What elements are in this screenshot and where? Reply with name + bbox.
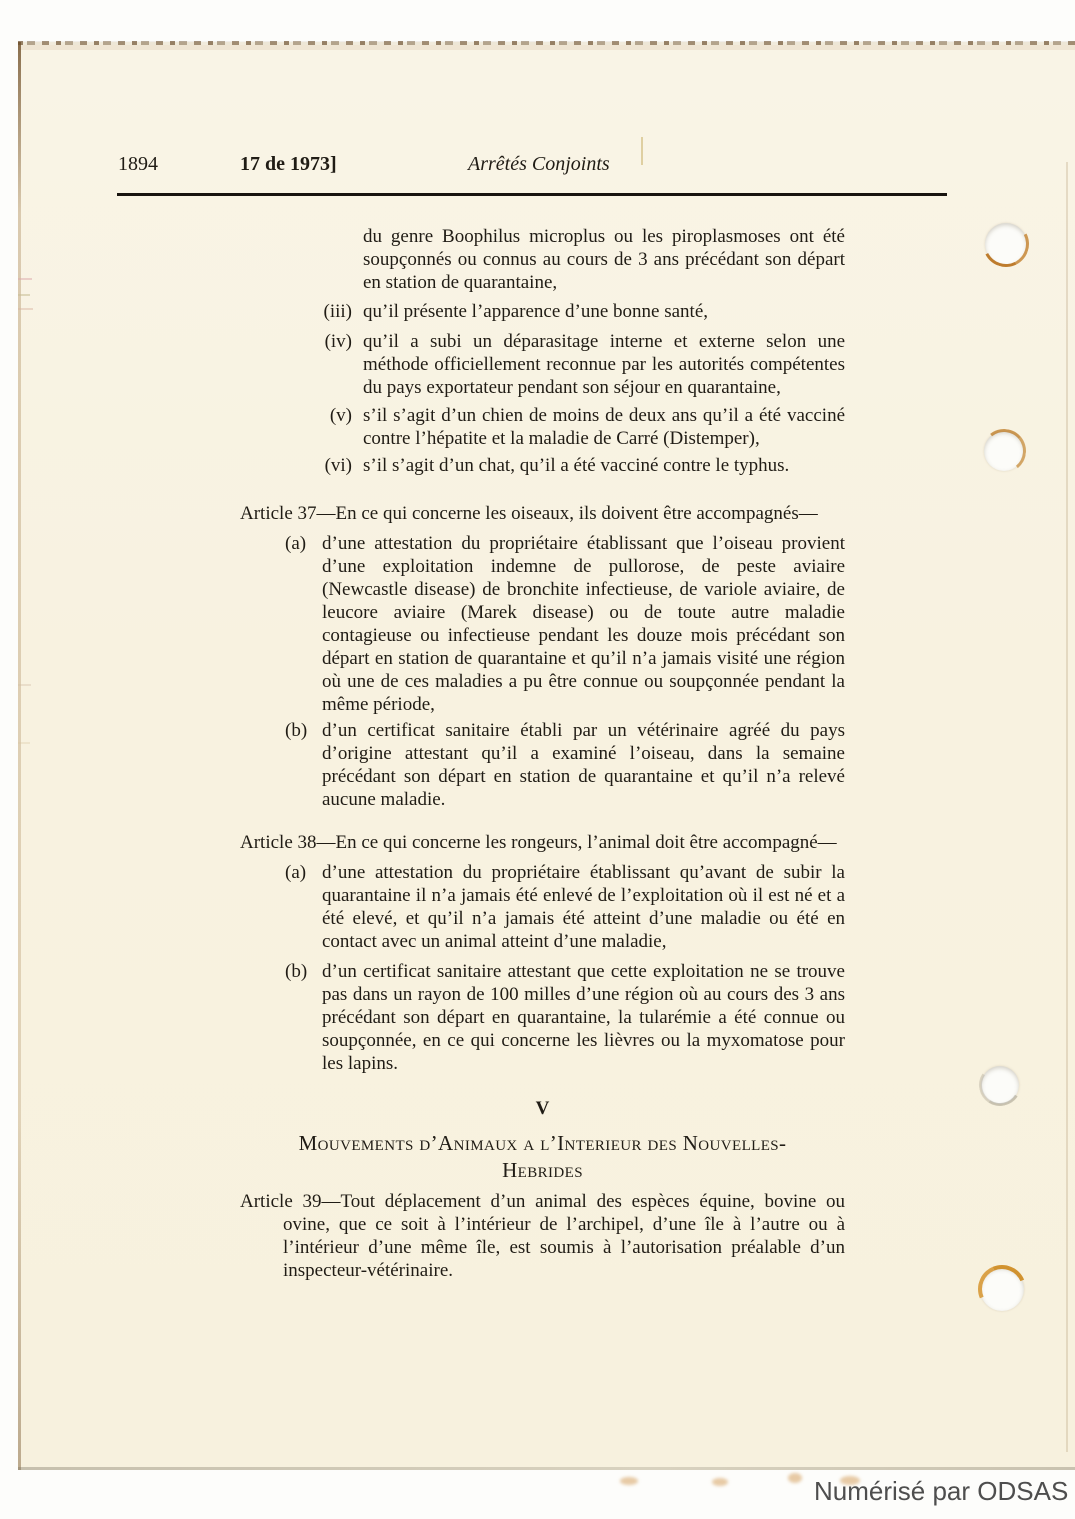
scan-artifact-line <box>18 294 30 296</box>
list-item-label: (b) <box>285 960 307 983</box>
list-item-text: s’il s’agit d’un chien de moins de deux … <box>363 405 845 449</box>
scanned-document: 1894 17 de 1973] Arrêtés Conjoints du ge… <box>0 0 1075 1519</box>
header-rule <box>117 193 947 196</box>
rust-stain <box>620 1477 638 1485</box>
digitization-watermark: Numérisé par ODSAS <box>814 1476 1068 1507</box>
continuation-paragraph: du genre Boophilus microplus ou les piro… <box>363 225 845 294</box>
scan-artifact-line <box>18 308 33 310</box>
list-item-label: (iii) <box>18 300 352 323</box>
list-item-label: (iv) <box>18 330 352 353</box>
list-item-text: qu’il a subi un déparasitage interne et … <box>363 331 845 398</box>
list-item-label: (a) <box>285 532 306 555</box>
page-bottom-edge <box>18 1467 1075 1470</box>
page-right-edge <box>1066 162 1068 1452</box>
section-heading: Mouvements d’Animaux a l’Interieur des N… <box>240 1130 845 1184</box>
list-item-text: s’il s’agit d’un chat, qu’il a été vacci… <box>363 455 789 476</box>
punch-hole-4 <box>980 1267 1024 1311</box>
article-38-item-b: (b) d’un certificat sanitaire attestant … <box>18 960 845 1075</box>
page-top-edge-tint <box>18 45 1075 50</box>
list-item-label: (vi) <box>18 454 352 477</box>
section-heading-line-2: Hebrides <box>502 1158 583 1182</box>
scan-artifact-line <box>18 684 31 686</box>
rust-stain <box>788 1473 802 1483</box>
list-item-v: (v) s’il s’agit d’un chien de moins de d… <box>18 404 845 450</box>
page-number: 1894 <box>118 152 158 176</box>
scan-artifact-line <box>18 742 30 744</box>
issue-reference: 17 de 1973] <box>240 152 337 176</box>
section-numeral: V <box>240 1097 845 1120</box>
section-heading-line-1: Mouvements d’Animaux a l’Interieur des N… <box>299 1131 787 1155</box>
article-37-item-a: (a) d’une attestation du propriétaire ét… <box>18 532 845 716</box>
list-item-label: (v) <box>18 404 352 427</box>
document-page: 1894 17 de 1973] Arrêtés Conjoints du ge… <box>18 42 1075 1470</box>
article-37-paragraph: Article 37—En ce qui concerne les oiseau… <box>240 502 845 525</box>
list-item-vi: (vi) s’il s’agit d’un chat, qu’il a été … <box>18 454 845 477</box>
list-item-text: qu’il présente l’apparence d’une bonne s… <box>363 301 708 322</box>
scan-artifact-scratch <box>641 137 643 165</box>
article-38-item-a: (a) d’une attestation du propriétaire ét… <box>18 861 845 953</box>
list-item-text: d’un certificat sanitaire attestant que … <box>322 961 845 1074</box>
punch-hole-1 <box>985 223 1027 265</box>
scan-artifact-line <box>18 278 32 280</box>
article-37-item-b: (b) d’un certificat sanitaire établi par… <box>18 719 845 811</box>
article-38-paragraph: Article 38—En ce qui concerne les rongeu… <box>240 831 845 854</box>
running-title: Arrêtés Conjoints <box>468 152 610 176</box>
list-item-label: (b) <box>285 719 307 742</box>
list-item-text: d’une attestation du propriétaire établi… <box>322 862 845 952</box>
list-item-iv: (iv) qu’il a subi un déparasitage intern… <box>18 330 845 399</box>
article-39-paragraph: Article 39—Tout déplacement d’un animal … <box>240 1190 845 1282</box>
punch-hole-2 <box>984 431 1024 471</box>
page-header: 1894 17 de 1973] Arrêtés Conjoints <box>18 152 1075 178</box>
list-item-text: d’un certificat sanitaire établi par un … <box>322 720 845 810</box>
list-item-label: (a) <box>285 861 306 884</box>
rust-stain <box>712 1478 728 1486</box>
punch-hole-3 <box>981 1066 1019 1104</box>
list-item-text: d’une attestation du propriétaire établi… <box>322 533 845 715</box>
list-item-iii: (iii) qu’il présente l’apparence d’une b… <box>18 300 845 323</box>
